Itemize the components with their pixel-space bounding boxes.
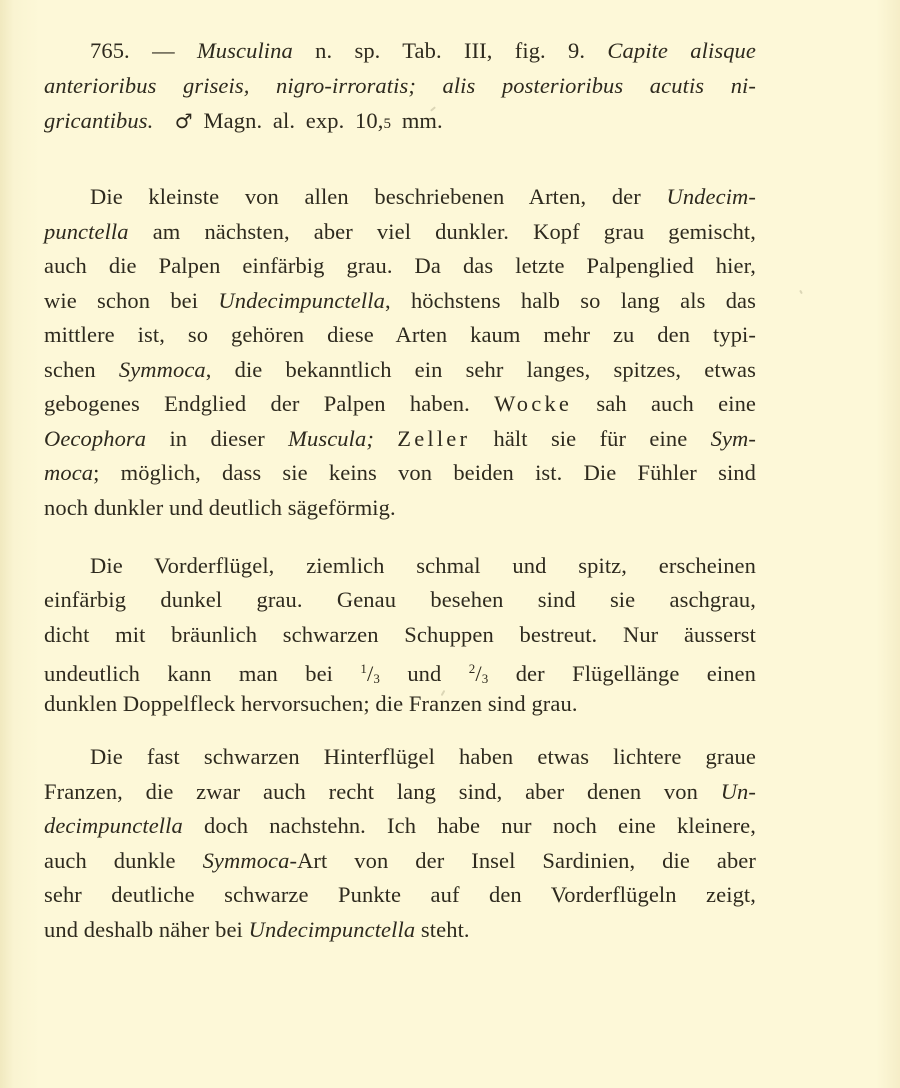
paragraph-2-line: undeutlich kann man bei 1/3 und 2/3 der … (44, 652, 756, 686)
text-run: schen (44, 357, 119, 382)
genus-name: Musculina (197, 38, 293, 63)
taxon-name: moca (44, 460, 93, 485)
plate-reference: Tab. III, fig. 9. (402, 38, 585, 63)
author-name: Wocke (494, 391, 572, 416)
text-run: noch dunkler und deutlich sägeförmig. (44, 495, 396, 520)
paragraph-2-line: Die Vorderflügel, ziemlich schmal und sp… (44, 549, 756, 583)
text-run: Die fast schwarzen Hinterflügel haben et… (90, 744, 756, 769)
paragraph-1-line: wie schon bei Undecimpunctella, höchsten… (44, 284, 756, 318)
text-run: wie schon bei (44, 288, 218, 313)
taxon-name: Undecimpunctella (218, 288, 385, 313)
text-run: mittlere ist, so gehören diese Arten kau… (44, 322, 756, 347)
text-run: dicht mit bräunlich schwarzen Schuppen b… (44, 622, 756, 647)
paragraph-1-line: Die kleinste von allen beschriebenen Art… (44, 180, 756, 214)
entry-dash: — (152, 38, 175, 63)
text-run: Franzen, die zwar auch recht lang sind, … (44, 779, 721, 804)
text-run: und deshalb näher bei (44, 917, 249, 942)
text-run: und (380, 661, 469, 686)
paragraph-1-line: punctella am nächsten, aber viel dunkler… (44, 215, 756, 249)
text-run: einfärbig dunkel grau. Genau besehen sin… (44, 587, 756, 612)
text-run: gebogenes Endglied der Palpen haben. (44, 391, 494, 416)
paragraph-1-line: Oecophora in dieser Muscula; Zeller hält… (44, 422, 756, 456)
text-run: in dieser (146, 426, 288, 451)
text-run: , die bekanntlich ein sehr langes, spitz… (206, 357, 756, 382)
text-run: hält sie für eine (470, 426, 710, 451)
fraction: 2/3 (469, 661, 489, 686)
text-run: ; möglich, dass sie keins von beiden ist… (93, 460, 756, 485)
fraction: 1/3 (360, 661, 380, 686)
paragraph-1-line: auch die Palpen einfärbig grau. Da das l… (44, 249, 756, 283)
taxon-name: Undecimpunctella (249, 917, 416, 942)
text-run (374, 426, 397, 451)
diagnosis-line: anterioribus griseis, nigro-irroratis; a… (44, 69, 756, 103)
paragraph-1-line: gebogenes Endglied der Palpen haben. Woc… (44, 387, 756, 421)
paragraph-3-line: decimpunctella doch nachstehn. Ich habe … (44, 809, 756, 843)
taxon-name: Symmoca (203, 848, 290, 873)
diagnosis-line-3: gricantibus. (44, 108, 153, 133)
paragraph-3-line: Franzen, die zwar auch recht lang sind, … (44, 775, 756, 809)
text-run: sehr deutliche schwarze Punkte auf den V… (44, 882, 756, 907)
text-run: steht. (415, 917, 469, 942)
paragraph-1-line: mittlere ist, so gehören diese Arten kau… (44, 318, 756, 352)
author-name: Zeller (397, 426, 470, 451)
text-run: auch die Palpen einfärbig grau. Da das l… (44, 253, 756, 278)
paragraph-1-line: moca; möglich, dass sie keins von beiden… (44, 456, 756, 490)
taxon-name: Symmoca (119, 357, 206, 382)
text-run: am nächsten, aber viel dunkler. Kopf gra… (129, 219, 756, 244)
paragraph-2-line: dicht mit bräunlich schwarzen Schuppen b… (44, 618, 756, 652)
text-run: Die Vorderflügel, ziemlich schmal und sp… (90, 553, 756, 578)
diagnosis-line-2: anterioribus griseis, nigro-irroratis; a… (44, 73, 756, 98)
text-run: Die kleinste von allen beschriebenen Art… (90, 184, 666, 209)
new-species-marker: n. sp. (315, 38, 380, 63)
taxon-name: Muscula; (288, 426, 374, 451)
text-run: auch dunkle (44, 848, 203, 873)
paragraph-3-line: auch dunkle Symmoca-Art von der Insel Sa… (44, 844, 756, 878)
entry-number: 765. (90, 38, 130, 63)
taxon-name: punctella (44, 219, 129, 244)
wingspan-line: gricantibus. ♂ Magn. al. exp. 10,5 mm. (44, 104, 756, 138)
diagnosis-line-1: Capite alisque (607, 38, 756, 63)
text-run: der Flügellänge einen (488, 661, 756, 686)
paragraph-3-line: Die fast schwarzen Hinterflügel haben et… (44, 740, 756, 774)
paragraph-3-line: und deshalb näher bei Undecimpunctella s… (44, 913, 756, 947)
taxon-name: Un- (721, 779, 756, 804)
text-run: , höchstens halb so lang als das (385, 288, 756, 313)
wingspan-value: 10,5 (355, 108, 391, 133)
taxon-name: Undecim- (666, 184, 756, 209)
wingspan-unit: mm. (402, 108, 443, 133)
paragraph-2-line: einfärbig dunkel grau. Genau besehen sin… (44, 583, 756, 617)
paragraph-2-line: dunklen Doppelfleck hervorsuchen; die Fr… (44, 687, 756, 721)
paragraph-1-line: noch dunkler und deutlich sägeförmig. (44, 491, 756, 525)
text-run: doch nachstehn. Ich habe nur noch eine k… (183, 813, 756, 838)
taxon-name: decimpunctella (44, 813, 183, 838)
wingspan-label: Magn. al. exp. (204, 108, 345, 133)
paragraph-3-line: sehr deutliche schwarze Punkte auf den V… (44, 878, 756, 912)
entry-heading-line: 765. — Musculina n. sp. Tab. III, fig. 9… (44, 34, 756, 68)
taxon-name: Oecophora (44, 426, 146, 451)
text-run: -Art von der Insel Sardinien, die aber (289, 848, 756, 873)
text-run: undeutlich kann man bei (44, 661, 360, 686)
paragraph-1-line: schen Symmoca, die bekanntlich ein sehr … (44, 353, 756, 387)
male-symbol-icon: ♂ (175, 109, 193, 133)
text-run: dunklen Doppelfleck hervorsuchen; die Fr… (44, 691, 578, 716)
taxon-name: Sym- (711, 426, 756, 451)
text-run: sah auch eine (572, 391, 756, 416)
